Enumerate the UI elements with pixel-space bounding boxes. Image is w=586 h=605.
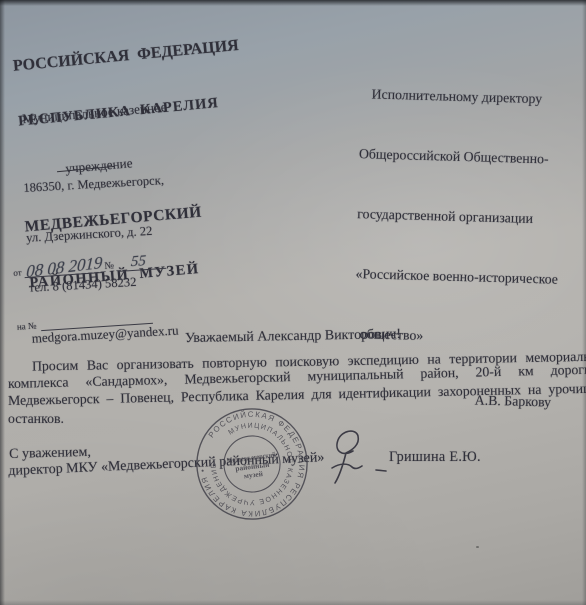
stamp-center-line-3: музей — [243, 469, 264, 480]
ref-number-handwritten: 55 — [130, 253, 146, 271]
ref-number-line: 55 — [115, 214, 167, 272]
reference-row-outgoing: от 08 08 2019 № 55 — [12, 240, 293, 279]
recipient-line: «Российское военно-историческое — [349, 264, 581, 290]
signature-dash-stroke — [376, 470, 386, 471]
ref-number-label: № — [104, 260, 114, 273]
signer-name: Гришина Е.Ю. — [389, 449, 481, 466]
signature-scribble-icon — [328, 427, 394, 493]
ref-reply-line — [41, 323, 153, 331]
scanned-letter-page: РОССИЙСКАЯ ФЕДЕРАЦИЯ РЕСПУБЛИКА КАРЕЛИЯ … — [0, 0, 586, 605]
recipient-line: Исполнительному директору — [354, 84, 586, 110]
official-stamp-seal-icon: РОССИЙСКАЯ ФЕДЕРАЦИЯ РЕСПУБЛИКА КАРЕЛИЯ … — [186, 398, 318, 530]
signature-loop-stroke — [335, 431, 358, 483]
reference-row-reply: на № — [16, 301, 296, 333]
org-address-line-1: 186350, г. Медвежьегорск, — [23, 171, 171, 196]
signature-flourish-stroke — [332, 464, 362, 468]
ref-date-line: 08 08 2019 — [21, 218, 102, 278]
ref-date-handwritten: 08 08 2019 — [26, 253, 103, 282]
recipient-line: государственной организации — [351, 204, 583, 230]
dust-speck — [476, 546, 479, 548]
recipient-line: Общероссийской Общественно- — [353, 144, 585, 170]
ref-reply-label: на № — [17, 320, 37, 332]
org-type-line-1: Муниципальное казенное — [15, 98, 174, 128]
ref-from-label: от — [13, 267, 22, 279]
paragraph-line: останков. — [8, 411, 64, 427]
